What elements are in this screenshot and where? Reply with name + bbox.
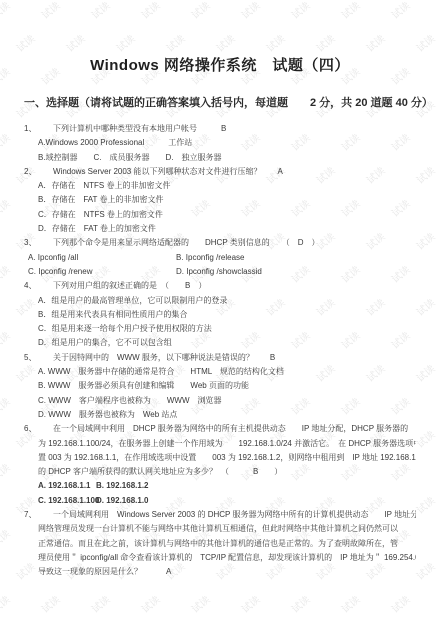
watermark-text: 试读 [338,591,363,615]
option: B. WWW 服务器必须具有创建和编辑 Web 页面的功能 [38,379,249,393]
option: D. Ipconfig /showclassid [176,265,262,279]
watermark-text: 试读 [238,0,263,22]
watermark-text: 试读 [0,591,12,615]
watermark-text: 试读 [313,30,338,54]
option-row: D．组是用户的集合，它不可以包含组 [38,336,416,350]
question-stem-line: 置 003 为 192.168.1.1，在作用域选项中设置 003 为 192.… [38,451,416,465]
question-number: 5、 [24,351,53,365]
watermark-text: 试读 [88,591,113,615]
option-row: B．组是用来代表具有相同性质用户的集合 [38,308,416,322]
watermark-text: 试读 [263,30,288,54]
question-stem-row: 4、下列对用户组的叙述正确的是 （ B ） [24,279,416,293]
option: D．组是用户的集合，它不可以包含组 [38,336,172,350]
watermark-text: 试读 [113,30,138,54]
exam-document-page: 试读试读试读试读试读试读试读试读试读试读试读试读试读试读试读试读试读试读试读试读… [0,0,440,620]
watermark-text: 试读 [138,0,163,22]
option: C. WWW 客户端程序也被称为 WWW 浏览器 [38,394,222,408]
question-stem: 一个局域网利用 Windows Server 2003 的 DHCP 服务器为网… [53,508,416,522]
option: C．存储在 NTFS 卷上的加密文件 [38,208,163,222]
option-row: A. 192.168.1.1B. 192.168.1.2 [38,479,416,493]
option: A. Ipconfig /all [28,251,176,265]
question-6: 6、在一个局域网中利用 DHCP 服务器为网络中的所有主机提供动态 IP 地址分… [24,422,416,508]
question-5: 5、关于因特网中的 WWW 服务，以下哪种说法是错误的？ BA. WWW 服务器… [24,351,416,422]
question-stem-line: 为 192.168.1.100/24，在服务器上创建一个作用域为 192.168… [38,437,416,451]
option: B. Ipconfig /release [176,251,244,265]
question-number: 4、 [24,279,53,293]
question-stem-row: 5、关于因特网中的 WWW 服务，以下哪种说法是错误的？ B [24,351,416,365]
question-stem: 下列那个命令是用来显示网络适配器的 DHCP 类别信息的 （ D ） [53,236,320,250]
watermark-text: 试读 [163,30,188,54]
watermark-text: 试读 [288,591,313,615]
question-stem-line: 的 DHCP 客户端所获得的默认网关地址应为多少？ （ B ） [38,465,416,479]
option: A.Windows 2000 Professional 工作站 [38,136,192,150]
option-row: A. Ipconfig /allB. Ipconfig /release [28,251,416,265]
watermark-text: 试读 [63,30,88,54]
question-number: 1、 [24,122,53,136]
option: C. 192.168.1.100 [38,494,96,508]
question-stem: 下列计算机中哪种类型没有本地用户帐号 B [53,122,226,136]
watermark-text: 试读 [388,0,413,22]
option: A. 192.168.1.1 [38,479,96,493]
option: B.域控制器 C. 成员服务器 D. 独立服务器 [38,151,222,165]
question-stem: Windows Server 2003 能以下列哪种状态对文件进行压缩？ A [53,165,283,179]
question-stem-row: 1、下列计算机中哪种类型没有本地用户帐号 B [24,122,416,136]
question-list: 1、下列计算机中哪种类型没有本地用户帐号 BA.Windows 2000 Pro… [24,122,416,580]
option: B. 192.168.1.2 [96,479,148,493]
question-stem-line: 正常通信。而且在此之前，该计算机与网络中的其他计算机的通信也是正常的。为了查明故… [38,537,416,551]
option-row: D. WWW 服务器也被称为 Web 站点 [38,408,416,422]
watermark-text: 试读 [388,591,413,615]
option: D．存储在 FAT 卷上的加密文件 [38,222,156,236]
option-row: A．存储在 NTFS 卷上的非加密文件 [38,179,416,193]
option-row: A．组是用户的最高管理单位，它可以限制用户的登录 [38,294,416,308]
question-number: 2、 [24,165,53,179]
question-3: 3、下列那个命令是用来显示网络适配器的 DHCP 类别信息的 （ D ）A. I… [24,236,416,279]
option-row: B.域控制器 C. 成员服务器 D. 独立服务器 [38,151,416,165]
question-stem-row: 3、下列那个命令是用来显示网络适配器的 DHCP 类别信息的 （ D ） [24,236,416,250]
option: A．存储在 NTFS 卷上的非加密文件 [38,179,170,193]
question-4: 4、下列对用户组的叙述正确的是 （ B ）A．组是用户的最高管理单位，它可以限制… [24,279,416,350]
option-row: C. WWW 客户端程序也被称为 WWW 浏览器 [38,394,416,408]
question-2: 2、Windows Server 2003 能以下列哪种状态对文件进行压缩？ A… [24,165,416,236]
watermark-text: 试读 [338,0,363,22]
option-row: B. WWW 服务器必须具有创建和编辑 Web 页面的功能 [38,379,416,393]
question-stem-line: 理员使用＂ ipconfig/all 命令查看该计算机的 TCP/IP 配置信息… [38,551,416,565]
option-row: C. 192.168.1.100D. 192.168.1.0 [38,494,416,508]
option-row: D．存储在 FAT 卷上的加密文件 [38,222,416,236]
option-row: B．存储在 FAT 卷上的非加密文件 [38,193,416,207]
question-stem-row: 7、一个局域网利用 Windows Server 2003 的 DHCP 服务器… [24,508,416,522]
question-stem-line: 网络管理员发现一台计算机不能与网络中其他计算机互相通信，但此时网络中其他计算机之… [38,522,416,536]
watermark-text: 试读 [0,0,12,22]
question-stem-row: 6、在一个局域网中利用 DHCP 服务器为网络中的所有主机提供动态 IP 地址分… [24,422,416,436]
question-stem-row: 2、Windows Server 2003 能以下列哪种状态对文件进行压缩？ A [24,165,416,179]
watermark-text: 试读 [238,591,263,615]
question-stem: 在一个局域网中利用 DHCP 服务器为网络中的所有主机提供动态 IP 地址分配，… [53,422,416,436]
watermark-text: 试读 [13,30,38,54]
question-stem: 关于因特网中的 WWW 服务，以下哪种说法是错误的？ B [53,351,275,365]
option: D. 192.168.1.0 [96,494,148,508]
document-content: Windows 网络操作系统 试题（四） 一、选择题（请将试题的正确答案填入括号… [0,54,440,580]
question-stem-line: 导致这一现象的原因是什么？ A [38,565,416,579]
watermark-text: 试读 [213,30,238,54]
option: A．组是用户的最高管理单位，它可以限制用户的登录 [38,294,227,308]
question-stem: 下列对用户组的叙述正确的是 （ B ） [53,279,206,293]
watermark-text: 试读 [288,0,313,22]
question-1: 1、下列计算机中哪种类型没有本地用户帐号 BA.Windows 2000 Pro… [24,122,416,165]
watermark-text: 试读 [88,0,113,22]
option-row: C. Ipconfig /renewD. Ipconfig /showclass… [28,265,416,279]
watermark-text: 试读 [413,30,438,54]
watermark-text: 试读 [138,591,163,615]
watermark-text: 试读 [38,591,63,615]
question-number: 3、 [24,236,53,250]
option: C. Ipconfig /renew [28,265,176,279]
watermark-text: 试读 [38,0,63,22]
question-number: 6、 [24,422,53,436]
section-heading: 一、选择题（请将试题的正确答案填入括号内，每道题 2 分，共 20 道题 40 … [24,94,416,110]
option: B．存储在 FAT 卷上的非加密文件 [38,193,164,207]
question-7: 7、一个局域网利用 Windows Server 2003 的 DHCP 服务器… [24,508,416,579]
option-row: C．组是用来逐一给每个用户授予使用权限的方法 [38,322,416,336]
option-row: A.Windows 2000 Professional 工作站 [38,136,416,150]
watermark-text: 试读 [363,30,388,54]
option: B．组是用来代表具有相同性质用户的集合 [38,308,187,322]
watermark-text: 试读 [188,0,213,22]
option: D. WWW 服务器也被称为 Web 站点 [38,408,177,422]
option: C．组是用来逐一给每个用户授予使用权限的方法 [38,322,212,336]
option-row: A. WWW 服务器中存储的通常是符合 HTML 规范的结构化文档 [38,365,416,379]
question-number: 7、 [24,508,53,522]
page-title: Windows 网络操作系统 试题（四） [24,54,416,75]
option-row: C．存储在 NTFS 卷上的加密文件 [38,208,416,222]
option: A. WWW 服务器中存储的通常是符合 HTML 规范的结构化文档 [38,365,284,379]
watermark-text: 试读 [188,591,213,615]
